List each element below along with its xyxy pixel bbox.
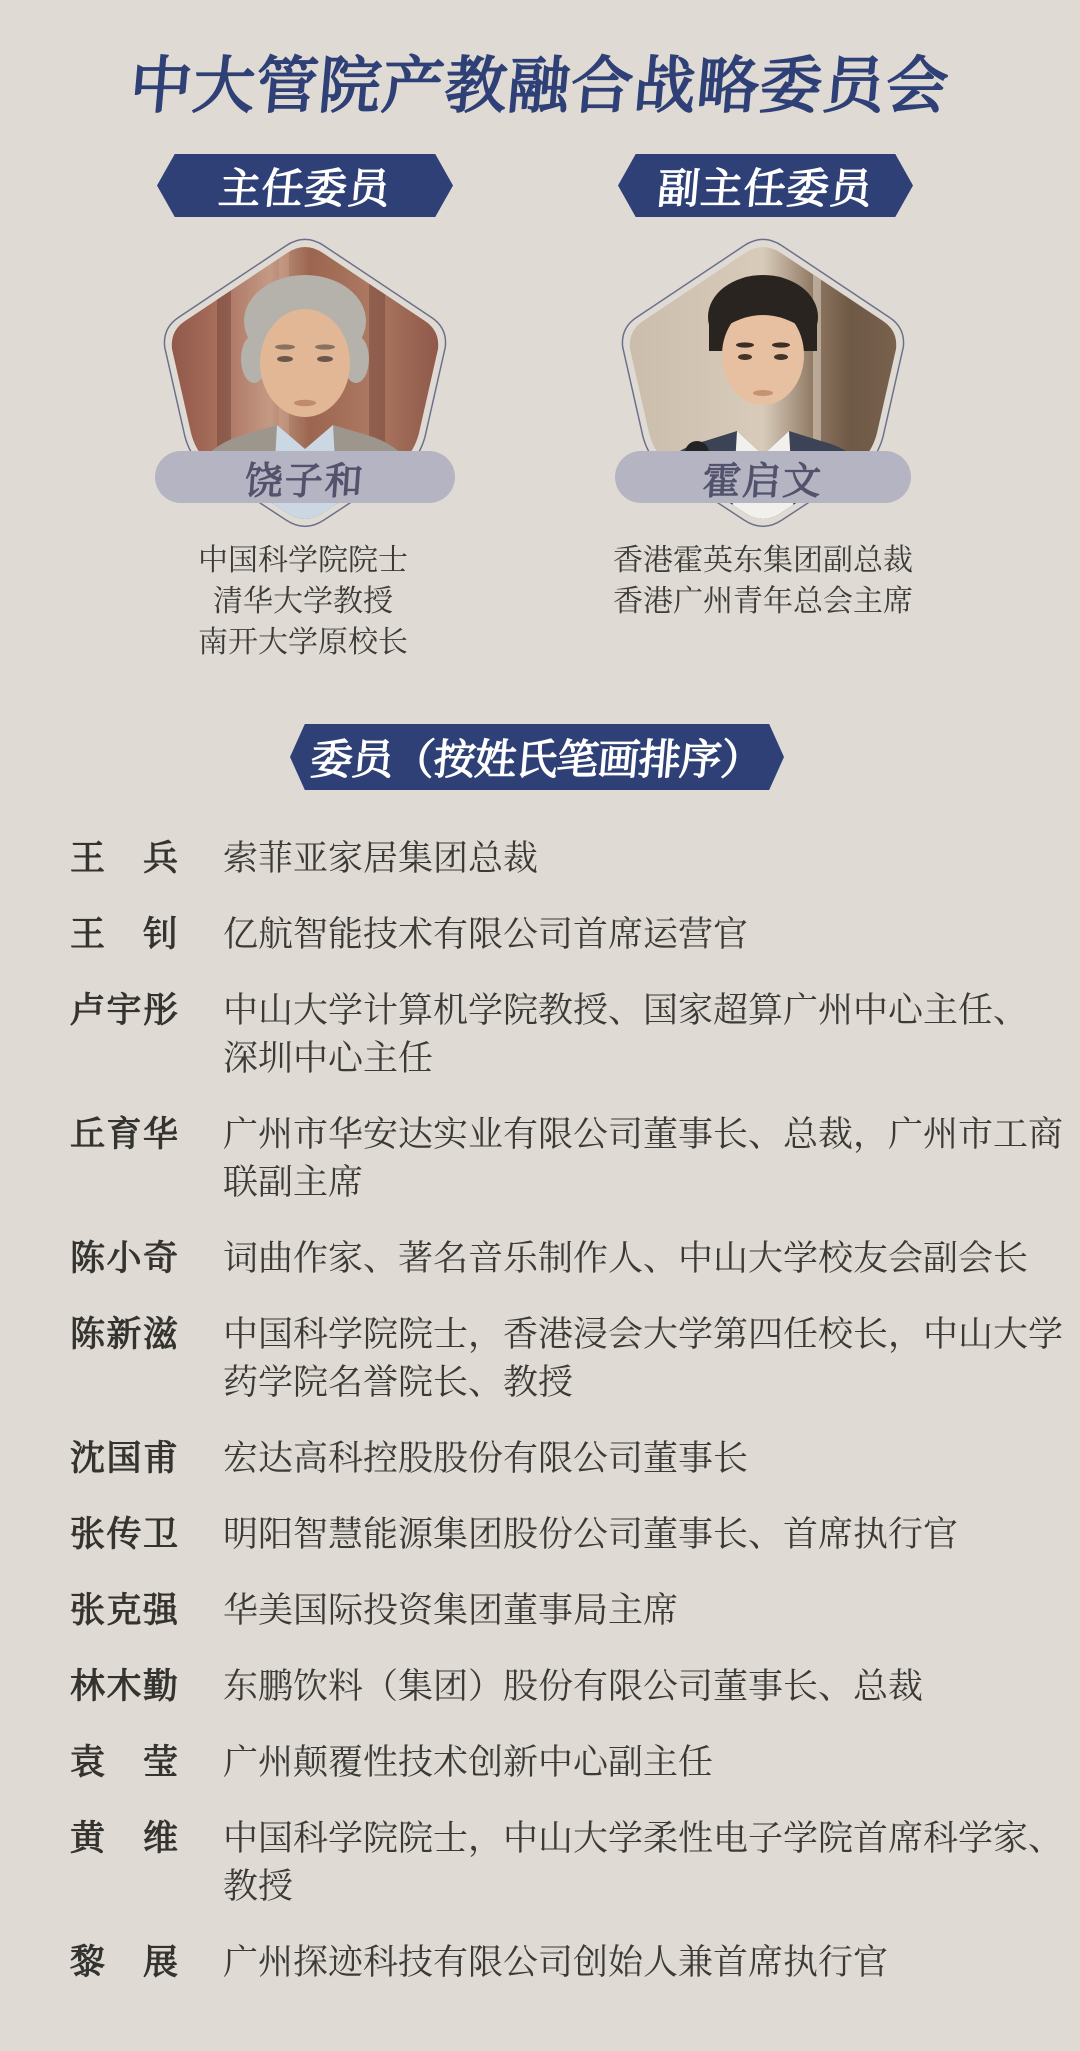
member-name-char: 展	[143, 1939, 178, 1987]
member-description: 词曲作家、著名音乐制作人、中山大学校友会副会长	[223, 1235, 1028, 1283]
member-description-line: 中山大学计算机学院教授、国家超算广州中心主任、	[223, 987, 1028, 1035]
leader-titles-left: 中国科学院院士 清华大学教授 南开大学原校长	[103, 540, 503, 663]
member-description: 中山大学计算机学院教授、国家超算广州中心主任、深圳中心主任	[223, 987, 1028, 1083]
members-list: 王兵 索菲亚家居集团总裁 王钊 亿航智能技术有限公司首席运营官 卢宇彤 中山大学…	[70, 835, 1020, 2015]
member-description-line: 东鹏饮料（集团）股份有限公司董事长、总裁	[223, 1663, 923, 1711]
member-name-char: 王	[70, 911, 105, 959]
member-row: 陈新滋 中国科学院院士，香港浸会大学第四任校长，中山大学药学院名誉院长、教授	[70, 1311, 1020, 1407]
member-name-char: 莹	[143, 1739, 178, 1787]
member-name: 张克强	[70, 1587, 178, 1635]
member-name-char: 沈	[70, 1435, 105, 1483]
member-description: 亿航智能技术有限公司首席运营官	[223, 911, 748, 959]
member-description: 中国科学院院士，香港浸会大学第四任校长，中山大学药学院名誉院长、教授	[223, 1311, 1063, 1407]
name-plate-right: 霍启文	[615, 451, 911, 503]
badge-deputy-director-label: 副主任委员	[655, 156, 875, 216]
member-name: 张传卫	[70, 1511, 178, 1559]
member-name-char: 卢	[70, 987, 105, 1083]
leader-titles-right: 香港霍英东集团副总裁 香港广州青年总会主席	[563, 540, 963, 622]
member-description-line: 中国科学院院士，中山大学柔性电子学院首席科学家、	[223, 1815, 1063, 1863]
member-name: 陈新滋	[70, 1311, 178, 1407]
member-description-line: 中国科学院院士，香港浸会大学第四任校长，中山大学	[223, 1311, 1063, 1359]
member-name-char: 小	[106, 1235, 141, 1283]
member-name-char: 勤	[143, 1663, 178, 1711]
member-name-char: 滋	[143, 1311, 178, 1407]
member-row: 林木勤 东鹏饮料（集团）股份有限公司董事长、总裁	[70, 1663, 1020, 1711]
member-description-line: 明阳智慧能源集团股份公司董事长、首席执行官	[223, 1511, 958, 1559]
member-name-char: 甫	[143, 1435, 178, 1483]
member-name: 袁莹	[70, 1739, 178, 1787]
member-name-char: 丘	[70, 1111, 105, 1207]
member-description: 中国科学院院士，中山大学柔性电子学院首席科学家、教授	[223, 1815, 1063, 1911]
badge-deputy-director: 副主任委员	[618, 154, 913, 217]
member-name-char: 华	[143, 1111, 178, 1207]
member-description-line: 词曲作家、著名音乐制作人、中山大学校友会副会长	[223, 1235, 1028, 1283]
member-description: 广州市华安达实业有限公司董事长、总裁，广州市工商联副主席	[223, 1111, 1063, 1207]
page-title: 中大管院产教融合战略委员会	[0, 36, 1080, 125]
member-description: 广州探迹科技有限公司创始人兼首席执行官	[223, 1939, 888, 1987]
member-name-char: 陈	[70, 1311, 105, 1407]
member-row: 陈小奇 词曲作家、著名音乐制作人、中山大学校友会副会长	[70, 1235, 1020, 1283]
member-description-line: 广州探迹科技有限公司创始人兼首席执行官	[223, 1939, 888, 1987]
member-name-char: 林	[70, 1663, 105, 1711]
member-name-char: 张	[70, 1511, 105, 1559]
member-row: 袁莹 广州颠覆性技术创新中心副主任	[70, 1739, 1020, 1787]
member-name: 丘育华	[70, 1111, 178, 1207]
member-name-char: 强	[143, 1587, 178, 1635]
member-name-char: 黄	[70, 1815, 105, 1911]
leader-name: 霍启文	[701, 450, 825, 505]
member-name: 王钊	[70, 911, 178, 959]
member-name-char: 袁	[70, 1739, 105, 1787]
member-description-line: 教授	[223, 1863, 1063, 1911]
member-name-char: 钊	[143, 911, 178, 959]
member-name-char: 陈	[70, 1235, 105, 1283]
member-row: 王钊 亿航智能技术有限公司首席运营官	[70, 911, 1020, 959]
members-section-banner: 委员（按姓氏笔画排序）	[290, 724, 784, 790]
member-name-char: 兵	[143, 835, 178, 883]
member-description: 索菲亚家居集团总裁	[223, 835, 538, 883]
member-name: 陈小奇	[70, 1235, 178, 1283]
name-plate-left: 饶子和	[155, 451, 455, 503]
member-description-line: 深圳中心主任	[223, 1035, 1028, 1083]
member-row: 卢宇彤 中山大学计算机学院教授、国家超算广州中心主任、深圳中心主任	[70, 987, 1020, 1083]
members-section-banner-label: 委员（按姓氏笔画排序）	[309, 727, 765, 787]
member-description-line: 药学院名誉院长、教授	[223, 1359, 1063, 1407]
member-name-char: 张	[70, 1587, 105, 1635]
member-name-char: 传	[106, 1511, 141, 1559]
member-name-char: 王	[70, 835, 105, 883]
member-name: 林木勤	[70, 1663, 178, 1711]
member-row: 沈国甫 宏达高科控股股份有限公司董事长	[70, 1435, 1020, 1483]
member-name-char: 新	[106, 1311, 141, 1407]
member-description-line: 广州市华安达实业有限公司董事长、总裁，广州市工商	[223, 1111, 1063, 1159]
leader-name: 饶子和	[243, 450, 367, 505]
member-description-line: 宏达高科控股股份有限公司董事长	[223, 1435, 748, 1483]
member-row: 黄维 中国科学院院士，中山大学柔性电子学院首席科学家、教授	[70, 1815, 1020, 1911]
member-name-char: 育	[106, 1111, 141, 1207]
member-row: 王兵 索菲亚家居集团总裁	[70, 835, 1020, 883]
member-row: 黎展 广州探迹科技有限公司创始人兼首席执行官	[70, 1939, 1020, 1987]
member-description: 东鹏饮料（集团）股份有限公司董事长、总裁	[223, 1663, 923, 1711]
member-name-char: 国	[106, 1435, 141, 1483]
member-description-line: 广州颠覆性技术创新中心副主任	[223, 1739, 713, 1787]
member-description: 广州颠覆性技术创新中心副主任	[223, 1739, 713, 1787]
member-name-char: 彤	[143, 987, 178, 1083]
member-name-char: 维	[143, 1815, 178, 1911]
member-description-line: 索菲亚家居集团总裁	[223, 835, 538, 883]
badge-director-label: 主任委员	[216, 156, 393, 216]
leader-title-line: 香港霍英东集团副总裁	[563, 540, 963, 581]
member-name: 黎展	[70, 1939, 178, 1987]
member-name: 王兵	[70, 835, 178, 883]
member-name: 黄维	[70, 1815, 178, 1911]
member-row: 张传卫 明阳智慧能源集团股份公司董事长、首席执行官	[70, 1511, 1020, 1559]
member-name-char: 卫	[143, 1511, 178, 1559]
committee-poster: { "page": { "background": "#dfdbd4", "ac…	[0, 0, 1080, 2051]
badge-director: 主任委员	[157, 154, 453, 217]
leader-title-line: 南开大学原校长	[103, 622, 503, 663]
leader-title-line: 中国科学院院士	[103, 540, 503, 581]
member-name: 沈国甫	[70, 1435, 178, 1483]
member-description-line: 联副主席	[223, 1159, 1063, 1207]
leader-title-line: 香港广州青年总会主席	[563, 581, 963, 622]
member-name-char: 木	[106, 1663, 141, 1711]
member-row: 张克强 华美国际投资集团董事局主席	[70, 1587, 1020, 1635]
member-row: 丘育华 广州市华安达实业有限公司董事长、总裁，广州市工商联副主席	[70, 1111, 1020, 1207]
member-description-line: 华美国际投资集团董事局主席	[223, 1587, 678, 1635]
member-description: 明阳智慧能源集团股份公司董事长、首席执行官	[223, 1511, 958, 1559]
member-description: 宏达高科控股股份有限公司董事长	[223, 1435, 748, 1483]
member-name-char: 克	[106, 1587, 141, 1635]
member-name-char: 宇	[106, 987, 141, 1083]
leader-title-line: 清华大学教授	[103, 581, 503, 622]
member-name: 卢宇彤	[70, 987, 178, 1083]
member-name-char: 奇	[143, 1235, 178, 1283]
member-name-char: 黎	[70, 1939, 105, 1987]
member-description-line: 亿航智能技术有限公司首席运营官	[223, 911, 748, 959]
member-description: 华美国际投资集团董事局主席	[223, 1587, 678, 1635]
